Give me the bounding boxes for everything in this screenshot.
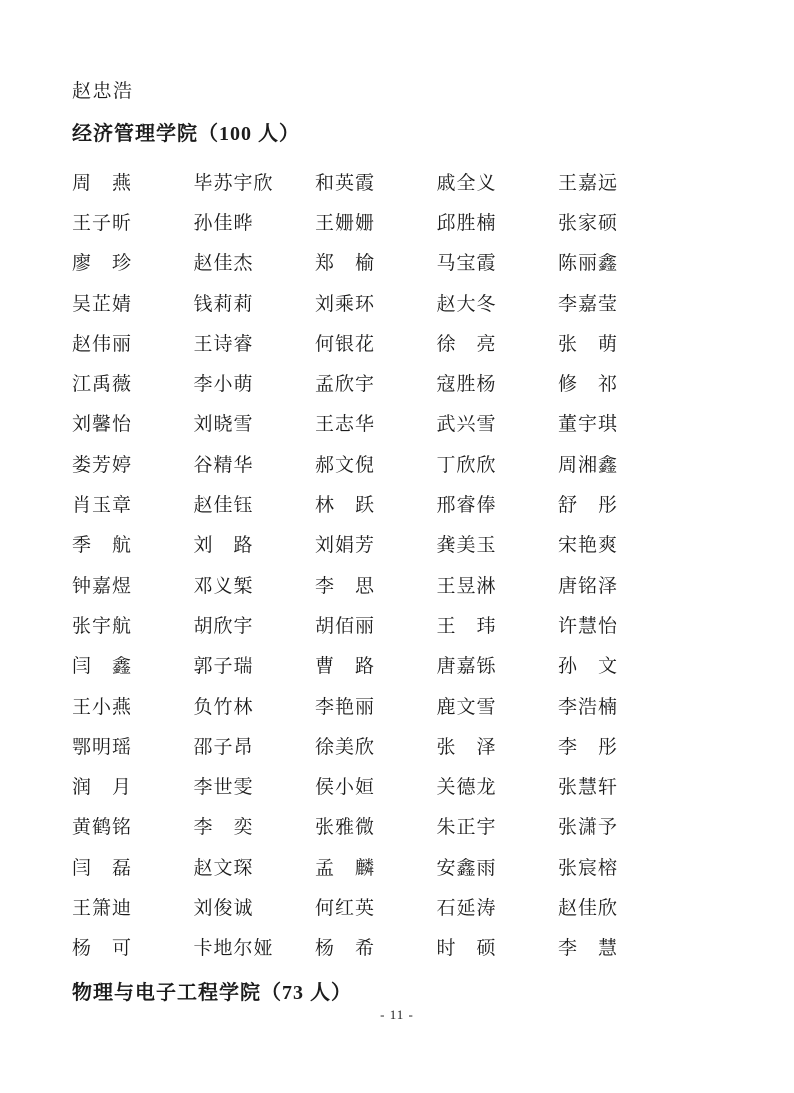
student-name: 龚美玉 [437,530,559,557]
student-name: 王志华 [315,409,437,436]
name-row: 钟嘉煜邓义椠李 思王昱淋唐铭泽 [72,564,752,604]
name-row: 杨 可卡地尔娅杨 希时 硕李 慧 [72,927,752,967]
student-name: 邱胜楠 [437,208,559,235]
student-name: 刘娟芳 [315,530,437,557]
student-name: 关德龙 [437,772,559,799]
name-row: 廖 珍赵佳杰郑 榆马宝霞陈丽鑫 [72,242,752,282]
student-name: 陈丽鑫 [558,248,680,275]
student-name: 卡地尔娅 [194,933,316,960]
student-name: 赵伟丽 [72,329,194,356]
student-name: 张宸榕 [558,853,680,880]
student-name: 王箫迪 [72,893,194,920]
student-name: 唐铭泽 [558,571,680,598]
name-row: 闫 磊赵文琛孟 麟安鑫雨张宸榕 [72,846,752,886]
student-name: 郭子瑞 [194,651,316,678]
student-name: 何银花 [315,329,437,356]
student-name: 刘俊诚 [194,893,316,920]
student-name: 鄂明瑶 [72,732,194,759]
student-name: 赵文琛 [194,853,316,880]
name-row: 吴芷婧钱莉莉刘乘环赵大冬李嘉莹 [72,282,752,322]
name-row: 张宇航胡欣宇胡佰丽王 玮许慧怡 [72,604,752,644]
student-name: 李小萌 [194,369,316,396]
student-name: 钱莉莉 [194,289,316,316]
student-name: 林 跃 [315,490,437,517]
student-name: 李浩楠 [558,692,680,719]
student-name: 孟欣宇 [315,369,437,396]
name-row: 王子昕孙佳晔王姗姗邱胜楠张家硕 [72,201,752,241]
student-name: 杨 可 [72,933,194,960]
student-name: 何红英 [315,893,437,920]
name-row: 娄芳婷谷精华郝文倪丁欣欣周湘鑫 [72,443,752,483]
student-name: 徐 亮 [437,329,559,356]
name-row: 黄鹤铭李 奕张雅微朱正宇张潇予 [72,806,752,846]
student-name: 宋艳爽 [558,530,680,557]
page-number: - 11 - [0,1007,794,1023]
student-name: 鹿文雪 [437,692,559,719]
student-name: 肖玉章 [72,490,194,517]
student-name: 张潇予 [558,812,680,839]
student-name: 胡佰丽 [315,611,437,638]
name-row: 王小燕负竹林李艳丽鹿文雪李浩楠 [72,685,752,725]
student-name: 安鑫雨 [437,853,559,880]
student-name: 谷精华 [194,450,316,477]
student-name: 刘 路 [194,530,316,557]
student-name: 武兴雪 [437,409,559,436]
student-name: 负竹林 [194,692,316,719]
student-name: 润 月 [72,772,194,799]
student-name: 曹 路 [315,651,437,678]
student-name: 邵子昂 [194,732,316,759]
student-name: 王姗姗 [315,208,437,235]
continuation-name: 赵忠浩 [72,76,134,103]
student-name: 张家硕 [558,208,680,235]
student-name: 闫 磊 [72,853,194,880]
student-name: 季 航 [72,530,194,557]
student-name: 许慧怡 [558,611,680,638]
name-row: 王箫迪刘俊诚何红英石延涛赵佳欣 [72,886,752,926]
student-name: 周 燕 [72,168,194,195]
name-row: 肖玉章赵佳钰林 跃邢睿俸舒 彤 [72,483,752,523]
student-name: 邓义椠 [194,571,316,598]
student-name: 钟嘉煜 [72,571,194,598]
student-name: 时 硕 [437,933,559,960]
section-title-physics-electronics: 物理与电子工程学院（73 人） [72,976,352,1005]
student-name: 马宝霞 [437,248,559,275]
student-name: 刘晓雪 [194,409,316,436]
student-name: 李艳丽 [315,692,437,719]
student-name: 张宇航 [72,611,194,638]
student-name: 王小燕 [72,692,194,719]
student-name: 王嘉远 [558,168,680,195]
student-name: 邢睿俸 [437,490,559,517]
student-name: 舒 彤 [558,490,680,517]
student-name: 李 思 [315,571,437,598]
student-name: 吴芷婧 [72,289,194,316]
student-name: 修 祁 [558,369,680,396]
student-name: 张雅微 [315,812,437,839]
student-name: 孙佳晔 [194,208,316,235]
student-name: 张 萌 [558,329,680,356]
student-name: 刘乘环 [315,289,437,316]
student-name: 侯小姮 [315,772,437,799]
student-name: 毕苏宇欣 [194,168,316,195]
student-name: 戚全义 [437,168,559,195]
student-name: 王 玮 [437,611,559,638]
student-name: 黄鹤铭 [72,812,194,839]
student-name: 廖 珍 [72,248,194,275]
student-name: 周湘鑫 [558,450,680,477]
student-name: 刘馨怡 [72,409,194,436]
student-name: 郝文倪 [315,450,437,477]
student-name: 李 奕 [194,812,316,839]
student-name: 赵大冬 [437,289,559,316]
name-row: 刘馨怡刘晓雪王志华武兴雪董宇琪 [72,403,752,443]
student-name: 赵佳杰 [194,248,316,275]
student-name: 郑 榆 [315,248,437,275]
student-name: 王昱淋 [437,571,559,598]
student-name: 李嘉莹 [558,289,680,316]
student-name: 李 慧 [558,933,680,960]
section-title-economics-management: 经济管理学院（100 人） [72,117,300,146]
student-name: 王诗睿 [194,329,316,356]
student-name: 石延涛 [437,893,559,920]
student-name: 丁欣欣 [437,450,559,477]
document-page: 赵忠浩 经济管理学院（100 人） 周 燕毕苏宇欣和英霞戚全义王嘉远王子昕孙佳晔… [0,0,794,1093]
name-row: 鄂明瑶邵子昂徐美欣张 泽李 彤 [72,725,752,765]
student-name: 张慧轩 [558,772,680,799]
student-name: 董宇琪 [558,409,680,436]
name-row: 江禹薇李小萌孟欣宇寇胜杨修 祁 [72,362,752,402]
student-name: 朱正宇 [437,812,559,839]
student-name: 张 泽 [437,732,559,759]
name-row: 周 燕毕苏宇欣和英霞戚全义王嘉远 [72,161,752,201]
student-name: 赵佳欣 [558,893,680,920]
name-grid: 周 燕毕苏宇欣和英霞戚全义王嘉远王子昕孙佳晔王姗姗邱胜楠张家硕廖 珍赵佳杰郑 榆… [72,161,752,967]
student-name: 胡欣宇 [194,611,316,638]
student-name: 寇胜杨 [437,369,559,396]
student-name: 闫 鑫 [72,651,194,678]
name-row: 闫 鑫郭子瑞曹 路唐嘉铄孙 文 [72,645,752,685]
student-name: 和英霞 [315,168,437,195]
name-row: 赵伟丽王诗睿何银花徐 亮张 萌 [72,322,752,362]
name-row: 润 月李世雯侯小姮关德龙张慧轩 [72,765,752,805]
student-name: 孟 麟 [315,853,437,880]
student-name: 王子昕 [72,208,194,235]
student-name: 李世雯 [194,772,316,799]
student-name: 娄芳婷 [72,450,194,477]
student-name: 孙 文 [558,651,680,678]
student-name: 唐嘉铄 [437,651,559,678]
name-row: 季 航刘 路刘娟芳龚美玉宋艳爽 [72,524,752,564]
student-name: 杨 希 [315,933,437,960]
student-name: 赵佳钰 [194,490,316,517]
student-name: 徐美欣 [315,732,437,759]
student-name: 江禹薇 [72,369,194,396]
student-name: 李 彤 [558,732,680,759]
